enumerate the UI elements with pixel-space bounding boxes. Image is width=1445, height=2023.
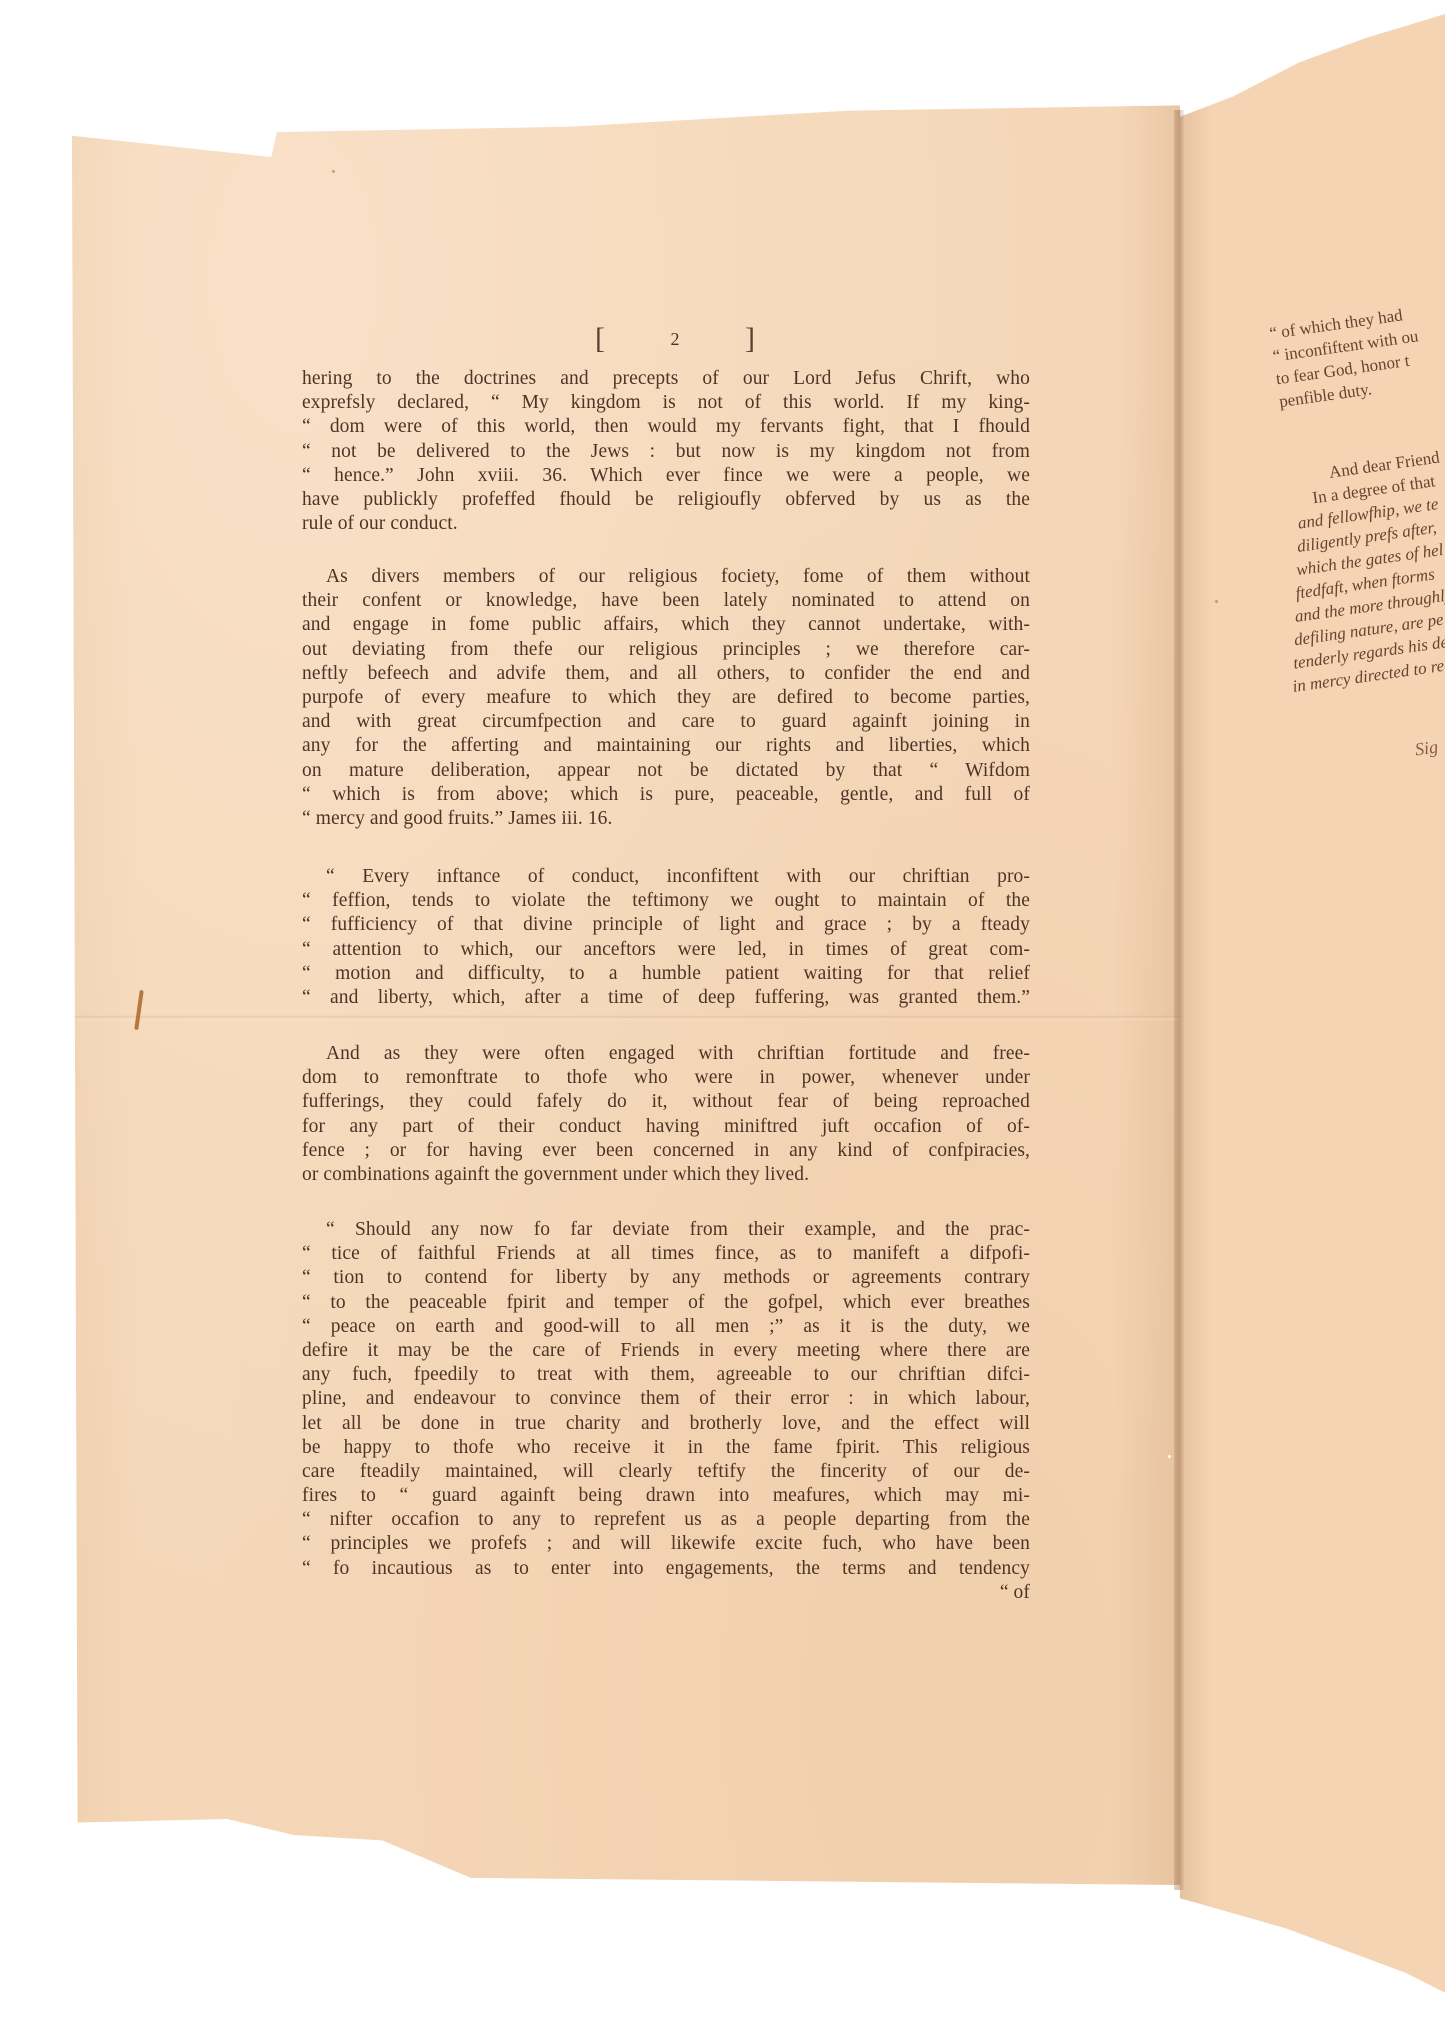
text-line: “ hence.” John xviii. 36. Which ever fin… (302, 464, 1030, 488)
text-line: out deviating from thefe our religious p… (302, 638, 1030, 662)
page-number: [ 2 ] (595, 322, 755, 356)
signature-fragment: Sig (1414, 737, 1440, 761)
text-line: “ motion and difficulty, to a humble pat… (302, 962, 1030, 986)
text-line: their confent or knowledge, have been la… (302, 589, 1030, 613)
text-line: exprefsly declared, “ My kingdom is not … (302, 391, 1030, 415)
text-line: or combinations againft the government u… (302, 1163, 1030, 1187)
text-line: defire it may be the care of Friends in … (302, 1339, 1030, 1363)
text-line: “ Every inftance of conduct, inconfiften… (302, 865, 1030, 889)
paragraph-3: “ Every inftance of conduct, inconfiften… (302, 865, 1030, 1010)
text-line: “ which is from above; which is pure, pe… (302, 783, 1030, 807)
text-line: hering to the doctrines and precepts of … (302, 367, 1030, 391)
text-line: “ fufficiency of that divine principle o… (302, 913, 1030, 937)
text-line: and with great circumfpection and care t… (302, 710, 1030, 734)
center-fold-spine (1174, 110, 1184, 1890)
paragraph-4: And as they were often engaged with chri… (302, 1042, 1030, 1187)
text-line: any fuch, fpeedily to treat with them, a… (302, 1363, 1030, 1387)
text-line: As divers members of our religious focie… (302, 565, 1030, 589)
text-line: “ Should any now fo far deviate from the… (302, 1218, 1030, 1242)
paragraph-1: hering to the doctrines and precepts of … (302, 367, 1030, 536)
right-page-text-block-2: And dear Friend In a degree of that and … (1278, 437, 1445, 695)
text-line: “ peace on earth and good-will to all me… (302, 1315, 1030, 1339)
paragraph-2: As divers members of our religious focie… (302, 565, 1030, 831)
text-line: dom to remonftrate to thofe who were in … (302, 1066, 1030, 1090)
text-line: “ not be delivered to the Jews : but now… (302, 440, 1030, 464)
paragraph-5: “ Should any now fo far deviate from the… (302, 1218, 1030, 1605)
text-line: pline, and endeavour to convince them of… (302, 1387, 1030, 1411)
page-number-bracket-close: ] (745, 322, 755, 356)
horizontal-fold-crease (72, 1015, 1180, 1021)
text-line: care fteadily maintained, will clearly t… (302, 1460, 1030, 1484)
paper-speck (1215, 600, 1218, 603)
text-line: “ and liberty, which, after a time of de… (302, 986, 1030, 1010)
page-number-value: 2 (671, 329, 680, 350)
text-line: fires to “ guard againft being drawn int… (302, 1484, 1030, 1508)
text-line: rule of our conduct. (302, 512, 1030, 536)
text-line: “ fo incautious as to enter into engagem… (302, 1557, 1030, 1581)
text-line: any for the afferting and maintaining ou… (302, 734, 1030, 758)
text-line: “ tion to contend for liberty by any met… (302, 1266, 1030, 1290)
text-line: for any part of their conduct having min… (302, 1115, 1030, 1139)
text-line: “ tice of faithful Friends at all times … (302, 1242, 1030, 1266)
text-line: and engage in fome public affairs, which… (302, 613, 1030, 637)
paper-speck (332, 170, 335, 173)
catchword: “ of (302, 1581, 1030, 1605)
text-line: “ nifter occafion to any to reprefent us… (302, 1508, 1030, 1532)
text-line: on mature deliberation, appear not be di… (302, 759, 1030, 783)
text-line: have publickly profeffed fhould be relig… (302, 488, 1030, 512)
text-line: “ feffion, tends to violate the teftimon… (302, 889, 1030, 913)
text-line: neftly befeech and advife them, and all … (302, 662, 1030, 686)
text-line: “ mercy and good fruits.” James iii. 16. (302, 807, 1030, 831)
text-line: “ dom were of this world, then would my … (302, 415, 1030, 439)
text-line: “ principles we profefs ; and will likew… (302, 1532, 1030, 1556)
page-number-bracket-open: [ (595, 322, 605, 356)
paper-hole (1168, 1455, 1171, 1458)
text-line: let all be done in true charity and brot… (302, 1412, 1030, 1436)
text-line: fufferings, they could fafely do it, wit… (302, 1090, 1030, 1114)
text-line: purpofe of every meafure to which they a… (302, 686, 1030, 710)
text-line: be happy to thofe who receive it in the … (302, 1436, 1030, 1460)
text-line: fence ; or for having ever been concerne… (302, 1139, 1030, 1163)
text-line: And as they were often engaged with chri… (302, 1042, 1030, 1066)
text-line: “ to the peaceable fpirit and temper of … (302, 1291, 1030, 1315)
text-line: “ attention to which, our anceftors were… (302, 938, 1030, 962)
